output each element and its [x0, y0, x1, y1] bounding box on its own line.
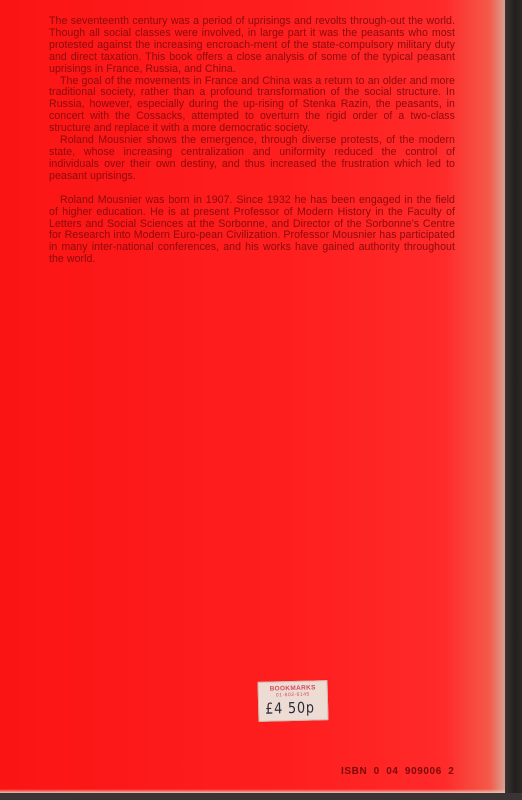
price-sticker: BOOKMARKS 01-802-6145 £4 50p — [257, 680, 328, 722]
blurb-paragraph-2: The goal of the movements in France and … — [49, 76, 455, 136]
bottom-edge-shadow — [0, 793, 522, 800]
isbn-number: ISBN 0 04 909006 2 — [341, 766, 454, 777]
sticker-price: £4 50p — [265, 698, 315, 717]
author-bio: Roland Mousnier was born in 1907. Since … — [49, 195, 455, 266]
blurb-text: The seventeenth century was a period of … — [49, 16, 455, 266]
blurb-paragraph-1: The seventeenth century was a period of … — [49, 16, 455, 76]
book-back-cover: The seventeenth century was a period of … — [0, 0, 505, 794]
blurb-paragraph-3: Roland Mousnier shows the emergence, thr… — [49, 135, 455, 183]
book-edge-shadow — [505, 0, 522, 800]
sticker-phone: 01-802-6145 — [259, 691, 327, 699]
